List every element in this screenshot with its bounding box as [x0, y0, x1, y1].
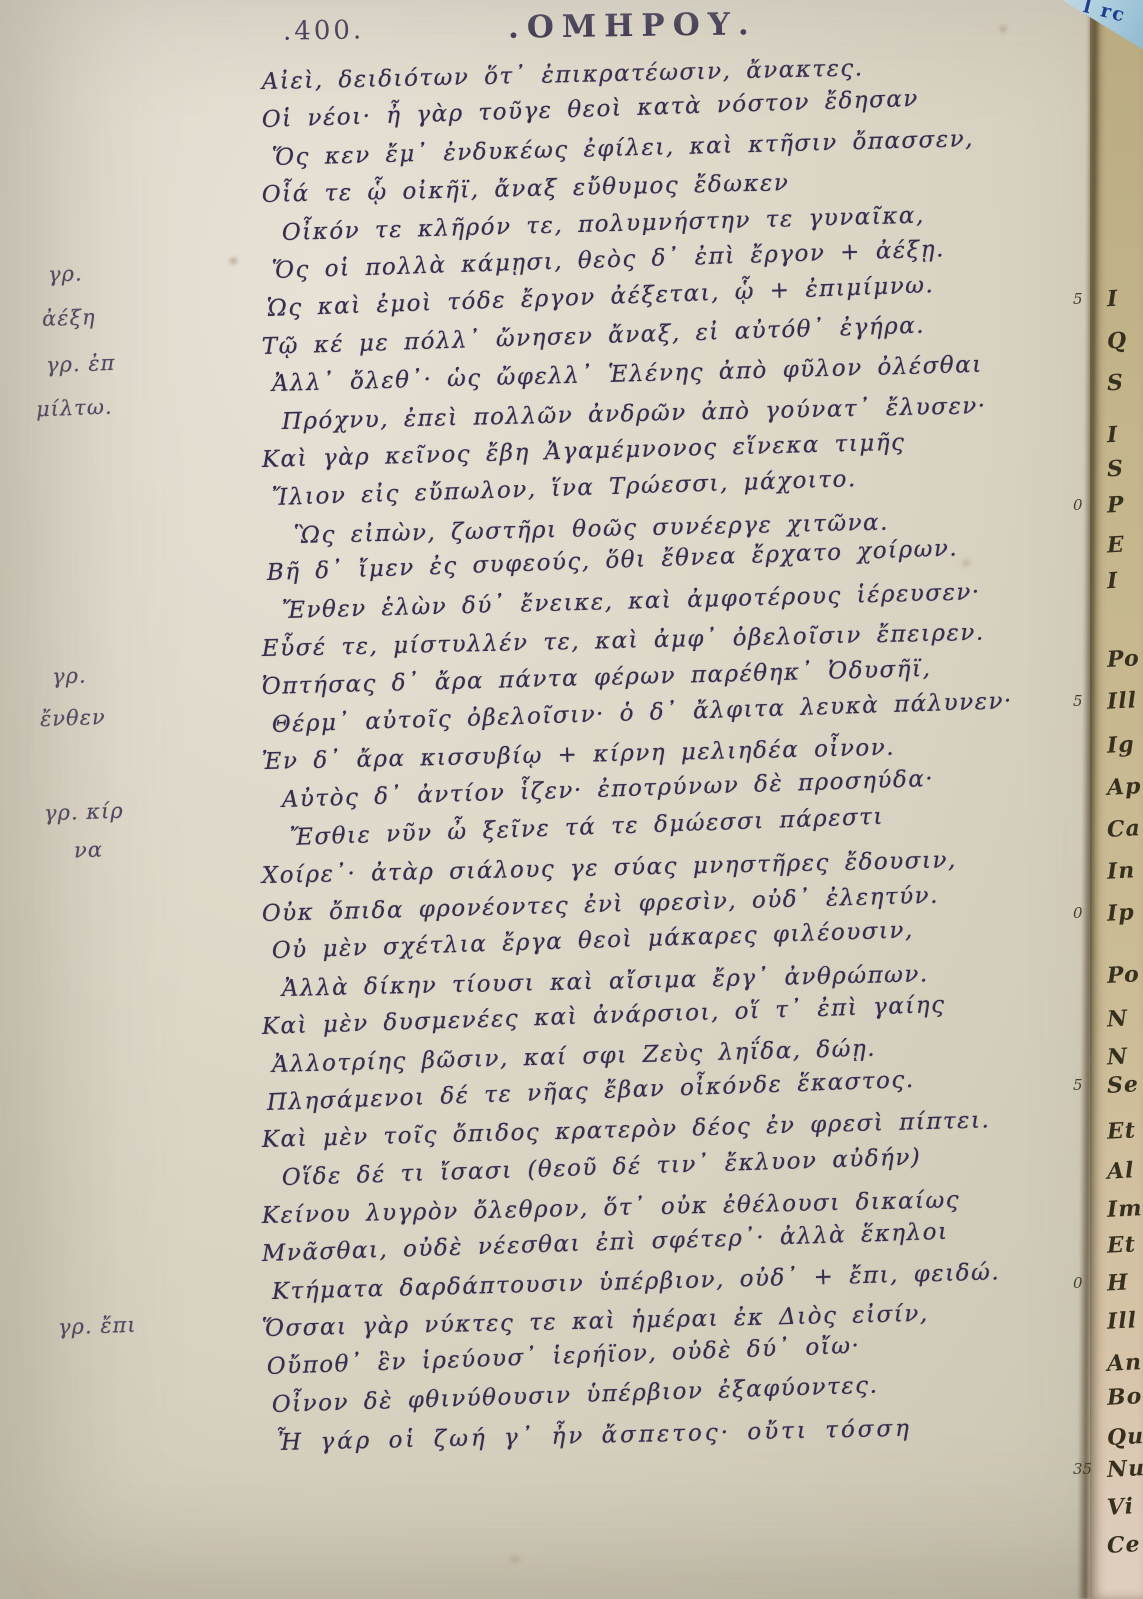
facing-line-fragment: S [1106, 456, 1124, 483]
facing-line-number: 5 [1073, 290, 1083, 308]
facing-line-fragment: Po [1106, 645, 1140, 673]
facing-line-fragment: An [1106, 1349, 1142, 1377]
facing-line-fragment: Qu [1106, 1423, 1143, 1451]
facing-line-fragment: I [1106, 286, 1119, 313]
facing-line-fragment: Ce [1106, 1531, 1141, 1559]
page-number: .400. [283, 15, 365, 46]
facing-line-fragment: Im [1106, 1195, 1143, 1223]
facing-line-fragment: N [1106, 1005, 1128, 1032]
facing-line-fragment: H [1106, 1269, 1129, 1296]
facing-line-fragment: Ap [1106, 773, 1142, 801]
page-title: .ΟΜΗΡΟΥ. [508, 6, 757, 45]
facing-line-number: 5 [1073, 692, 1083, 710]
greek-text-block: Αἰεὶ, δειδιότων ὅτ᾽ ἐπικρατέωσιν, ἄνακτε… [262, 64, 962, 1462]
foxing-spot [230, 258, 237, 264]
facing-line-fragment: Vi [1106, 1493, 1134, 1520]
facing-line-fragment: Ip [1106, 899, 1135, 926]
margin-note: γρ. [52, 663, 87, 688]
margin-note: γρ. ἔπι [58, 1313, 137, 1340]
margin-note: ἔνθεν [40, 705, 107, 731]
facing-line-fragment: Se [1106, 1071, 1139, 1099]
margin-note: γρ. [48, 261, 83, 286]
facing-line-number: 0 [1073, 496, 1083, 514]
margin-note: να [74, 838, 104, 863]
facing-line-fragment: I [1106, 568, 1119, 595]
manuscript-photo: .400. .ΟΜΗΡΟΥ. Αἰεὶ, δειδιότων ὅτ᾽ ἐπικρ… [0, 0, 1143, 1599]
facing-line-fragment: Bo [1106, 1383, 1143, 1411]
facing-line-fragment: Ill [1106, 687, 1137, 715]
facing-line-fragment: Ca [1106, 815, 1141, 843]
margin-note: γρ. ἐπ [46, 351, 116, 377]
facing-line-fragment: In [1106, 857, 1136, 884]
foxing-spot [962, 560, 970, 566]
foxing-spot [510, 1556, 520, 1563]
facing-line-fragment: Ill [1106, 1307, 1137, 1335]
facing-line-fragment: N [1106, 1043, 1128, 1070]
manuscript-page: .400. .ΟΜΗΡΟΥ. Αἰεὶ, δειδιότων ὅτ᾽ ἐπικρ… [0, 0, 1143, 1599]
foxing-spot [1000, 26, 1006, 32]
facing-line-fragment: Et [1106, 1117, 1136, 1144]
facing-line-fragment: Al [1106, 1157, 1135, 1184]
facing-line-fragment: S [1106, 370, 1124, 397]
margin-note: ἀέξη [42, 305, 96, 331]
facing-line-fragment: I [1106, 422, 1119, 449]
margin-note: γρ. κίρ [44, 799, 124, 826]
facing-line-fragment: Po [1106, 961, 1140, 989]
facing-line-fragment: P [1106, 492, 1125, 519]
margin-note: μίλτω. [36, 395, 113, 422]
facing-line-fragment: Ig [1106, 731, 1135, 758]
facing-line-fragment: Q [1106, 327, 1128, 354]
facing-line-fragment: Nu [1106, 1455, 1143, 1483]
facing-line-fragment: E [1106, 532, 1125, 559]
facing-line-fragment: Et [1106, 1231, 1136, 1258]
